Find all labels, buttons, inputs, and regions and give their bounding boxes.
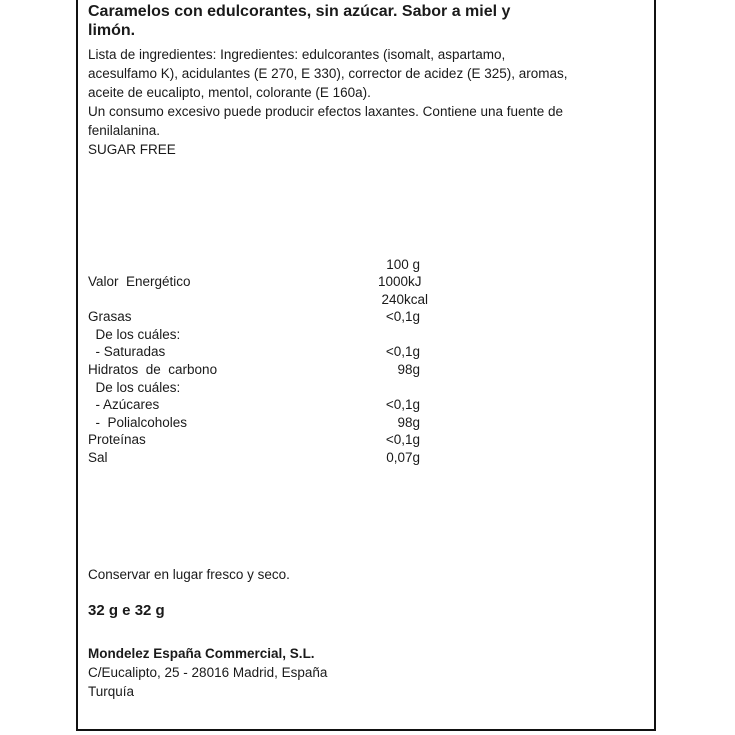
warning-line-1: Un consumo excesivo puede producir efect… [88, 102, 563, 121]
product-title-line-2: limón. [88, 21, 135, 40]
nutrition-row-label: De los cuáles: [88, 326, 180, 344]
net-weight: 32 g e 32 g [88, 601, 165, 620]
nutrition-row-value: <0,1g [378, 431, 420, 449]
product-title-line-1: Caramelos con edulcorantes, sin azúcar. … [88, 2, 510, 21]
nutrition-column-header: 100 g [378, 256, 420, 274]
product-label: Caramelos con edulcorantes, sin azúcar. … [76, 0, 656, 731]
nutrition-row-value: 0,07g [378, 449, 420, 467]
nutrition-row-label: - Azúcares [88, 396, 159, 414]
storage-instructions: Conservar en lugar fresco y seco. [88, 565, 290, 584]
manufacturer-name: Mondelez España Commercial, S.L. [88, 644, 315, 663]
manufacturer-address: C/Eucalipto, 25 - 28016 Madrid, España [88, 663, 327, 682]
nutrition-row-label: - Saturadas [88, 343, 165, 361]
nutrition-row-label: Hidratos de carbono [88, 361, 217, 379]
nutrition-row-label: Grasas [88, 308, 132, 326]
warning-line-2: fenilalanina. [88, 121, 160, 140]
nutrition-row-value: 240kcal [378, 291, 428, 309]
nutrition-row-label: De los cuáles: [88, 379, 180, 397]
country-of-origin: Turquía [88, 682, 134, 701]
nutrition-row-label: - Polialcoholes [88, 414, 187, 432]
nutrition-row-value: <0,1g [378, 308, 420, 326]
nutrition-row-label: Valor Energético [88, 273, 191, 291]
sugar-free-claim: SUGAR FREE [88, 140, 176, 159]
nutrition-row-value: 1000kJ [378, 273, 420, 291]
nutrition-row-label: Proteínas [88, 431, 146, 449]
ingredients-line-2: acesulfamo K), acidulantes (E 270, E 330… [88, 64, 567, 83]
nutrition-row-label: Sal [88, 449, 108, 467]
nutrition-row-value: <0,1g [378, 343, 420, 361]
nutrition-row-value: 98g [378, 414, 420, 432]
ingredients-line-3: aceite de eucalipto, mentol, colorante (… [88, 83, 371, 102]
ingredients-line-1: Lista de ingredientes: Ingredientes: edu… [88, 45, 505, 64]
nutrition-row-value: 98g [378, 361, 420, 379]
nutrition-row-value: <0,1g [378, 396, 420, 414]
